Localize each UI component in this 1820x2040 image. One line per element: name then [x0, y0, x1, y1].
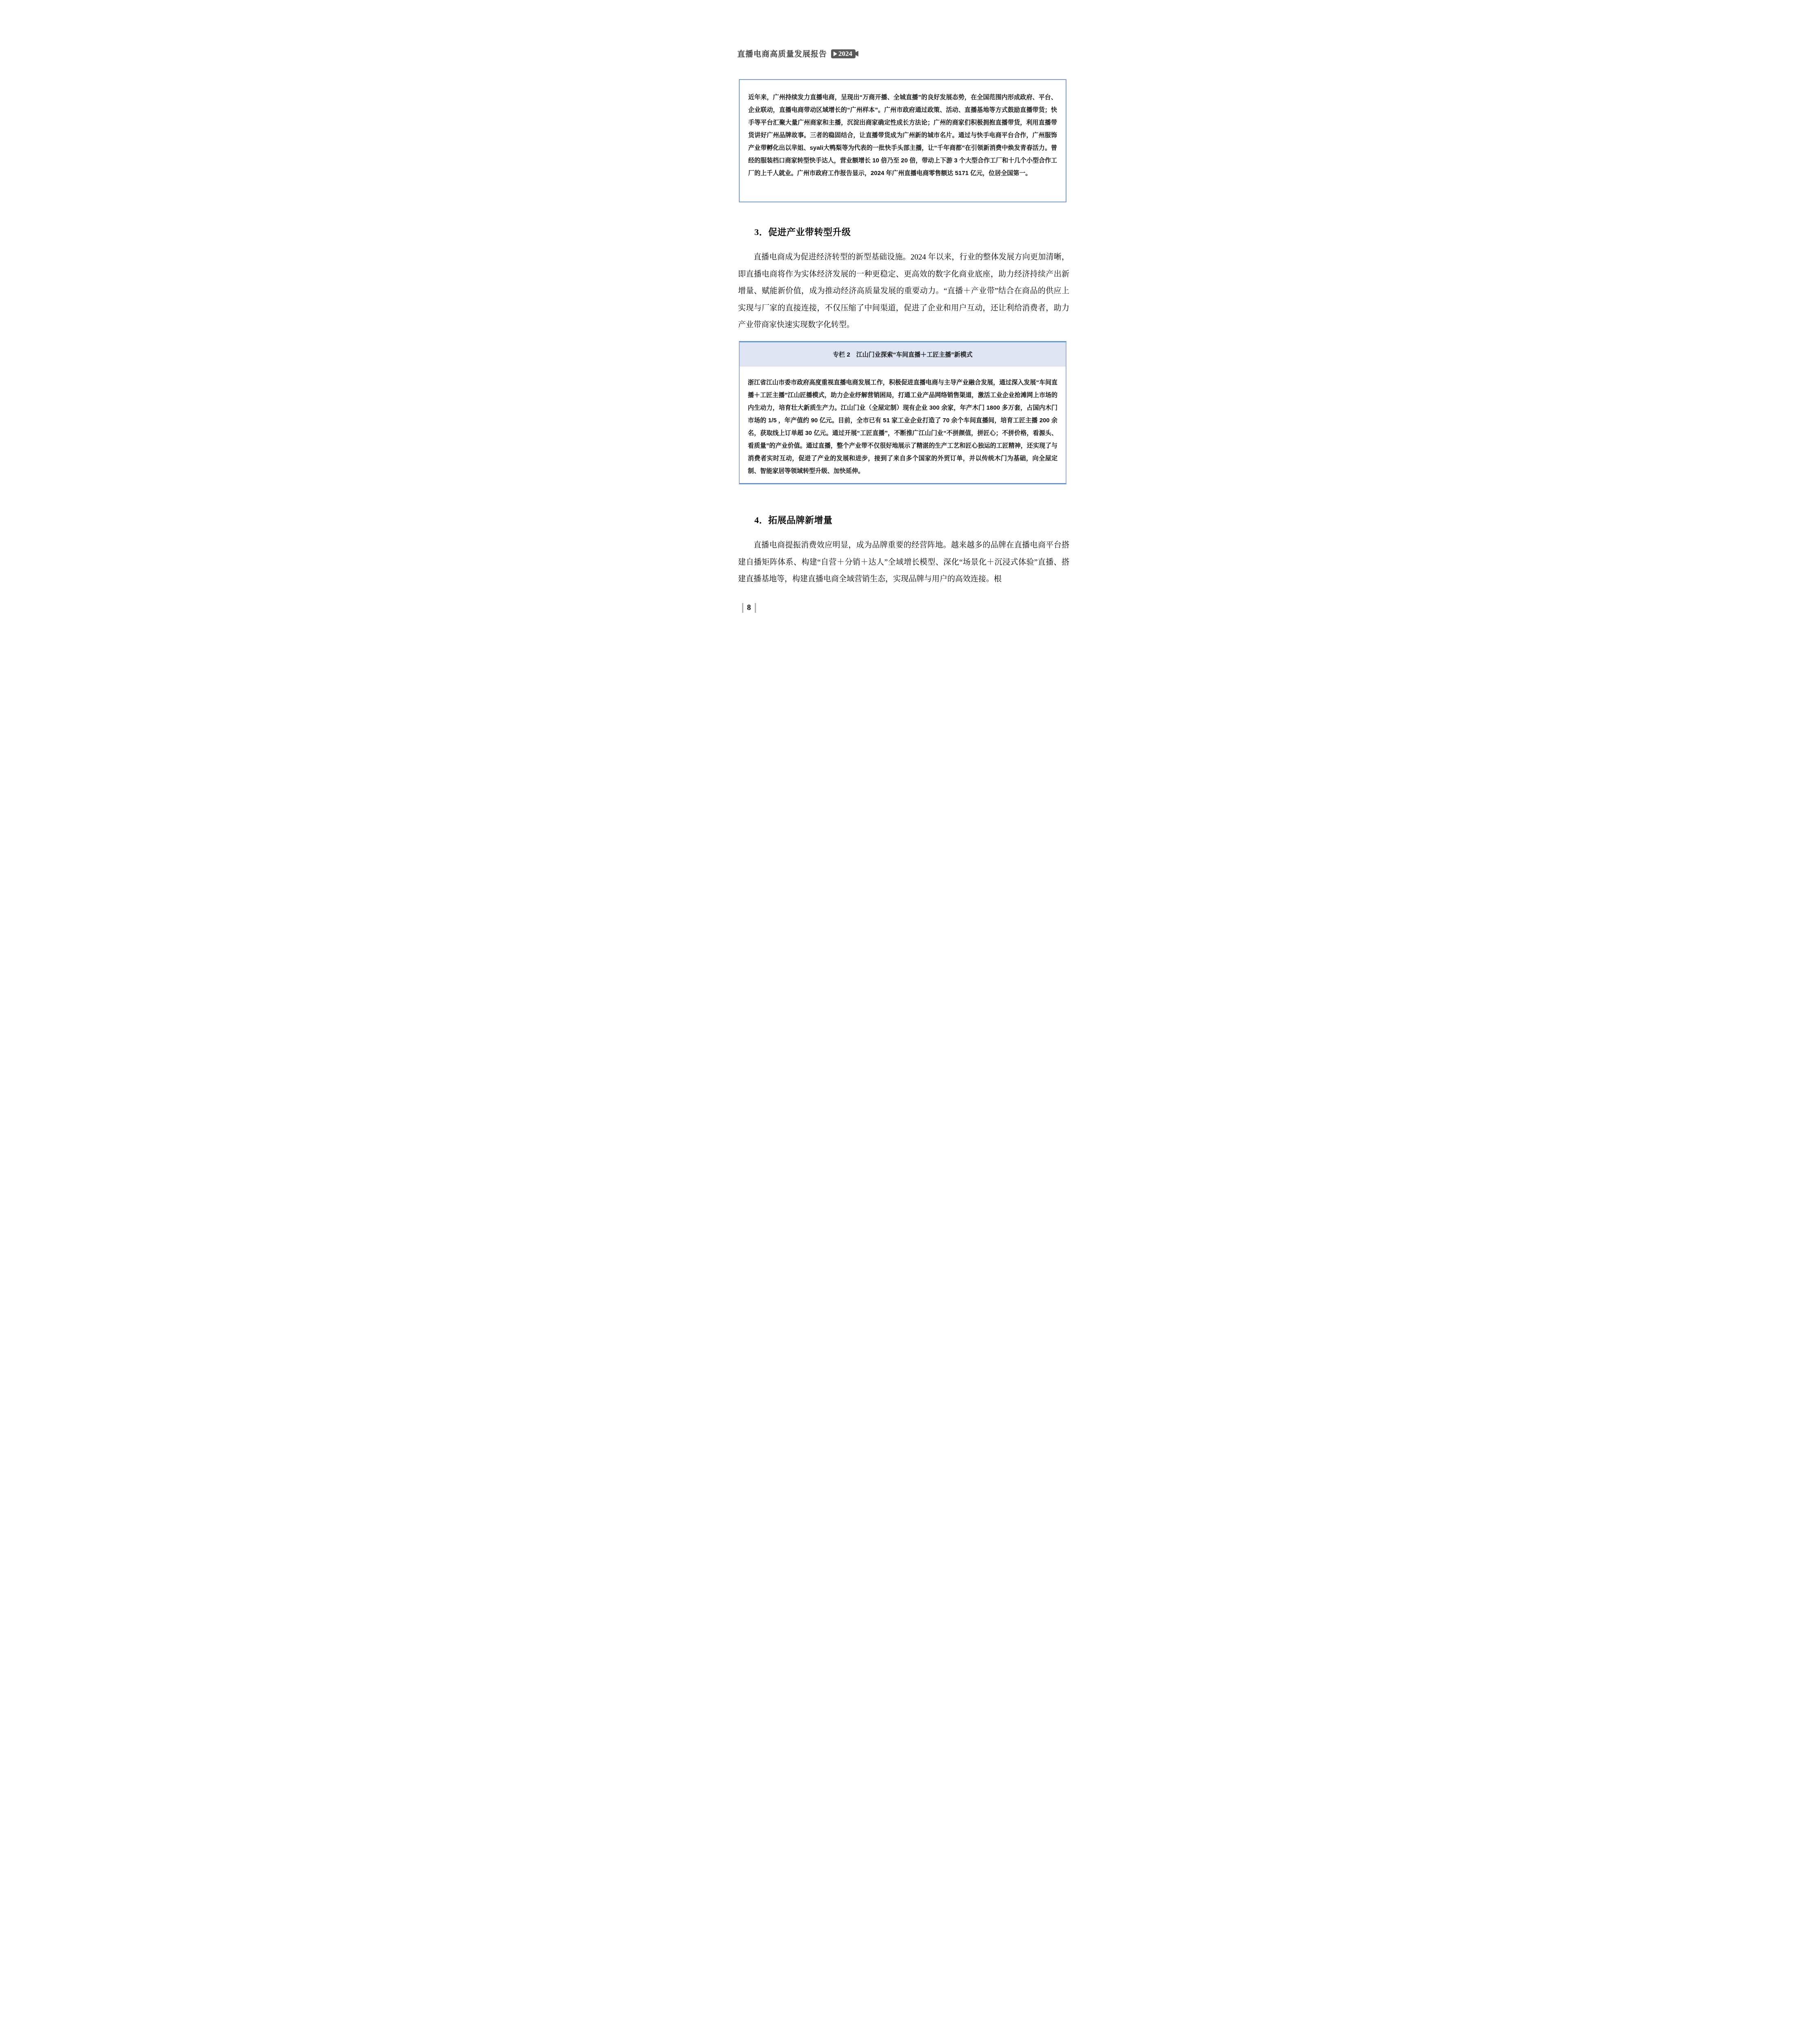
camera-lens-icon — [855, 51, 858, 57]
column-2-body: 浙江省江山市委市政府高度重视直播电商发展工作，积极促进直播电商与主导产业融合发展… — [740, 366, 1066, 477]
column-2-body-text: 浙江省江山市委市政府高度重视直播电商发展工作，积极促进直播电商与主导产业融合发展… — [748, 376, 1057, 477]
footer-right-bar — [755, 603, 756, 613]
column-2-header: 专栏 2 江山门业探索“车间直播＋工匠主播”新模式 — [740, 342, 1066, 366]
section-3-heading: 3．促进产业带转型升级 — [754, 225, 851, 238]
report-header: 直播电商高质量发展报告 2024 — [737, 48, 856, 59]
page-number: 8 — [747, 603, 751, 613]
guangzhou-highlight-box: 近年来，广州持续发力直播电商，呈现出“万商开播、全城直播”的良好发展态势，在全国… — [739, 79, 1066, 202]
page-number-footer: 8 — [742, 603, 756, 613]
footer-left-bar — [742, 603, 743, 613]
document-page: 直播电商高质量发展报告 2024 近年来，广州持续发力直播电商，呈现出“万商开播… — [683, 0, 1137, 632]
column-2-box: 专栏 2 江山门业探索“车间直播＋工匠主播”新模式 浙江省江山市委市政府高度重视… — [739, 341, 1066, 484]
badge-year-label: 2024 — [838, 49, 852, 58]
section-4-heading: 4．拓展品牌新增量 — [754, 513, 833, 526]
year-badge: 2024 — [831, 49, 856, 58]
report-title: 直播电商高质量发展报告 — [737, 48, 827, 59]
section-3-paragraph: 直播电商成为促进经济转型的新型基础设施。2024 年以来，行业的整体发展方向更加… — [738, 249, 1069, 334]
play-icon — [834, 51, 837, 56]
guangzhou-highlight-text: 近年来，广州持续发力直播电商，呈现出“万商开播、全城直播”的良好发展态势，在全国… — [748, 91, 1057, 180]
section-4-paragraph: 直播电商提振消费效应明显，成为品牌重要的经营阵地。越来越多的品牌在直播电商平台搭… — [738, 537, 1069, 588]
